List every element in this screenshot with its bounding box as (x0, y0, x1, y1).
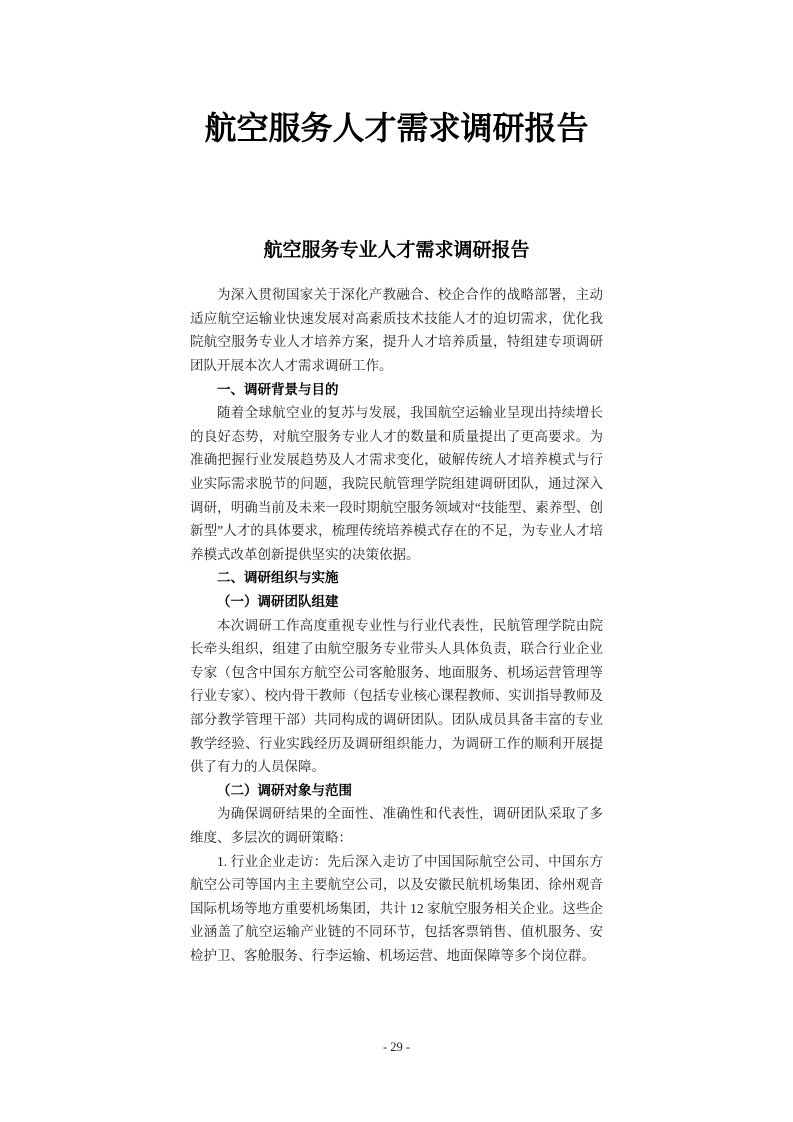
document-page: 航空服务人才需求调研报告 航空服务专业人才需求调研报告 为深入贯彻国家关于深化产… (0, 0, 793, 1122)
enterprise-visit-paragraph: 1. 行业企业走访：先后深入走访了中国国际航空公司、中国东方航空公司等国内主主要… (190, 850, 603, 968)
background-paragraph: 随着全球航空业的复苏与发展，我国航空运输业呈现出持续增长的良好态势，对航空服务专… (190, 401, 603, 566)
page-number: - 29 - (0, 1040, 793, 1055)
document-body: 为深入贯彻国家关于深化产教融合、校企合作的战略部署，主动适应航空运输业快速发展对… (190, 283, 603, 967)
section-background-heading: 一、调研背景与目的 (190, 378, 603, 402)
intro-paragraph: 为深入贯彻国家关于深化产教融合、校企合作的战略部署，主动适应航空运输业快速发展对… (190, 283, 603, 377)
report-subtitle: 航空服务专业人才需求调研报告 (0, 239, 793, 264)
section-organization-heading: 二、调研组织与实施 (190, 566, 603, 590)
team-paragraph: 本次调研工作高度重视专业性与行业代表性，民航管理学院由院长牵头组织，组建了由航空… (190, 614, 603, 779)
document-main-title: 航空服务人才需求调研报告 (0, 0, 793, 150)
subsection-team-heading: （一）调研团队组建 (190, 590, 603, 614)
scope-strategy-paragraph: 为确保调研结果的全面性、准确性和代表性，调研团队采取了多维度、多层次的调研策略： (190, 802, 603, 849)
subsection-scope-heading: （二）调研对象与范围 (190, 779, 603, 803)
